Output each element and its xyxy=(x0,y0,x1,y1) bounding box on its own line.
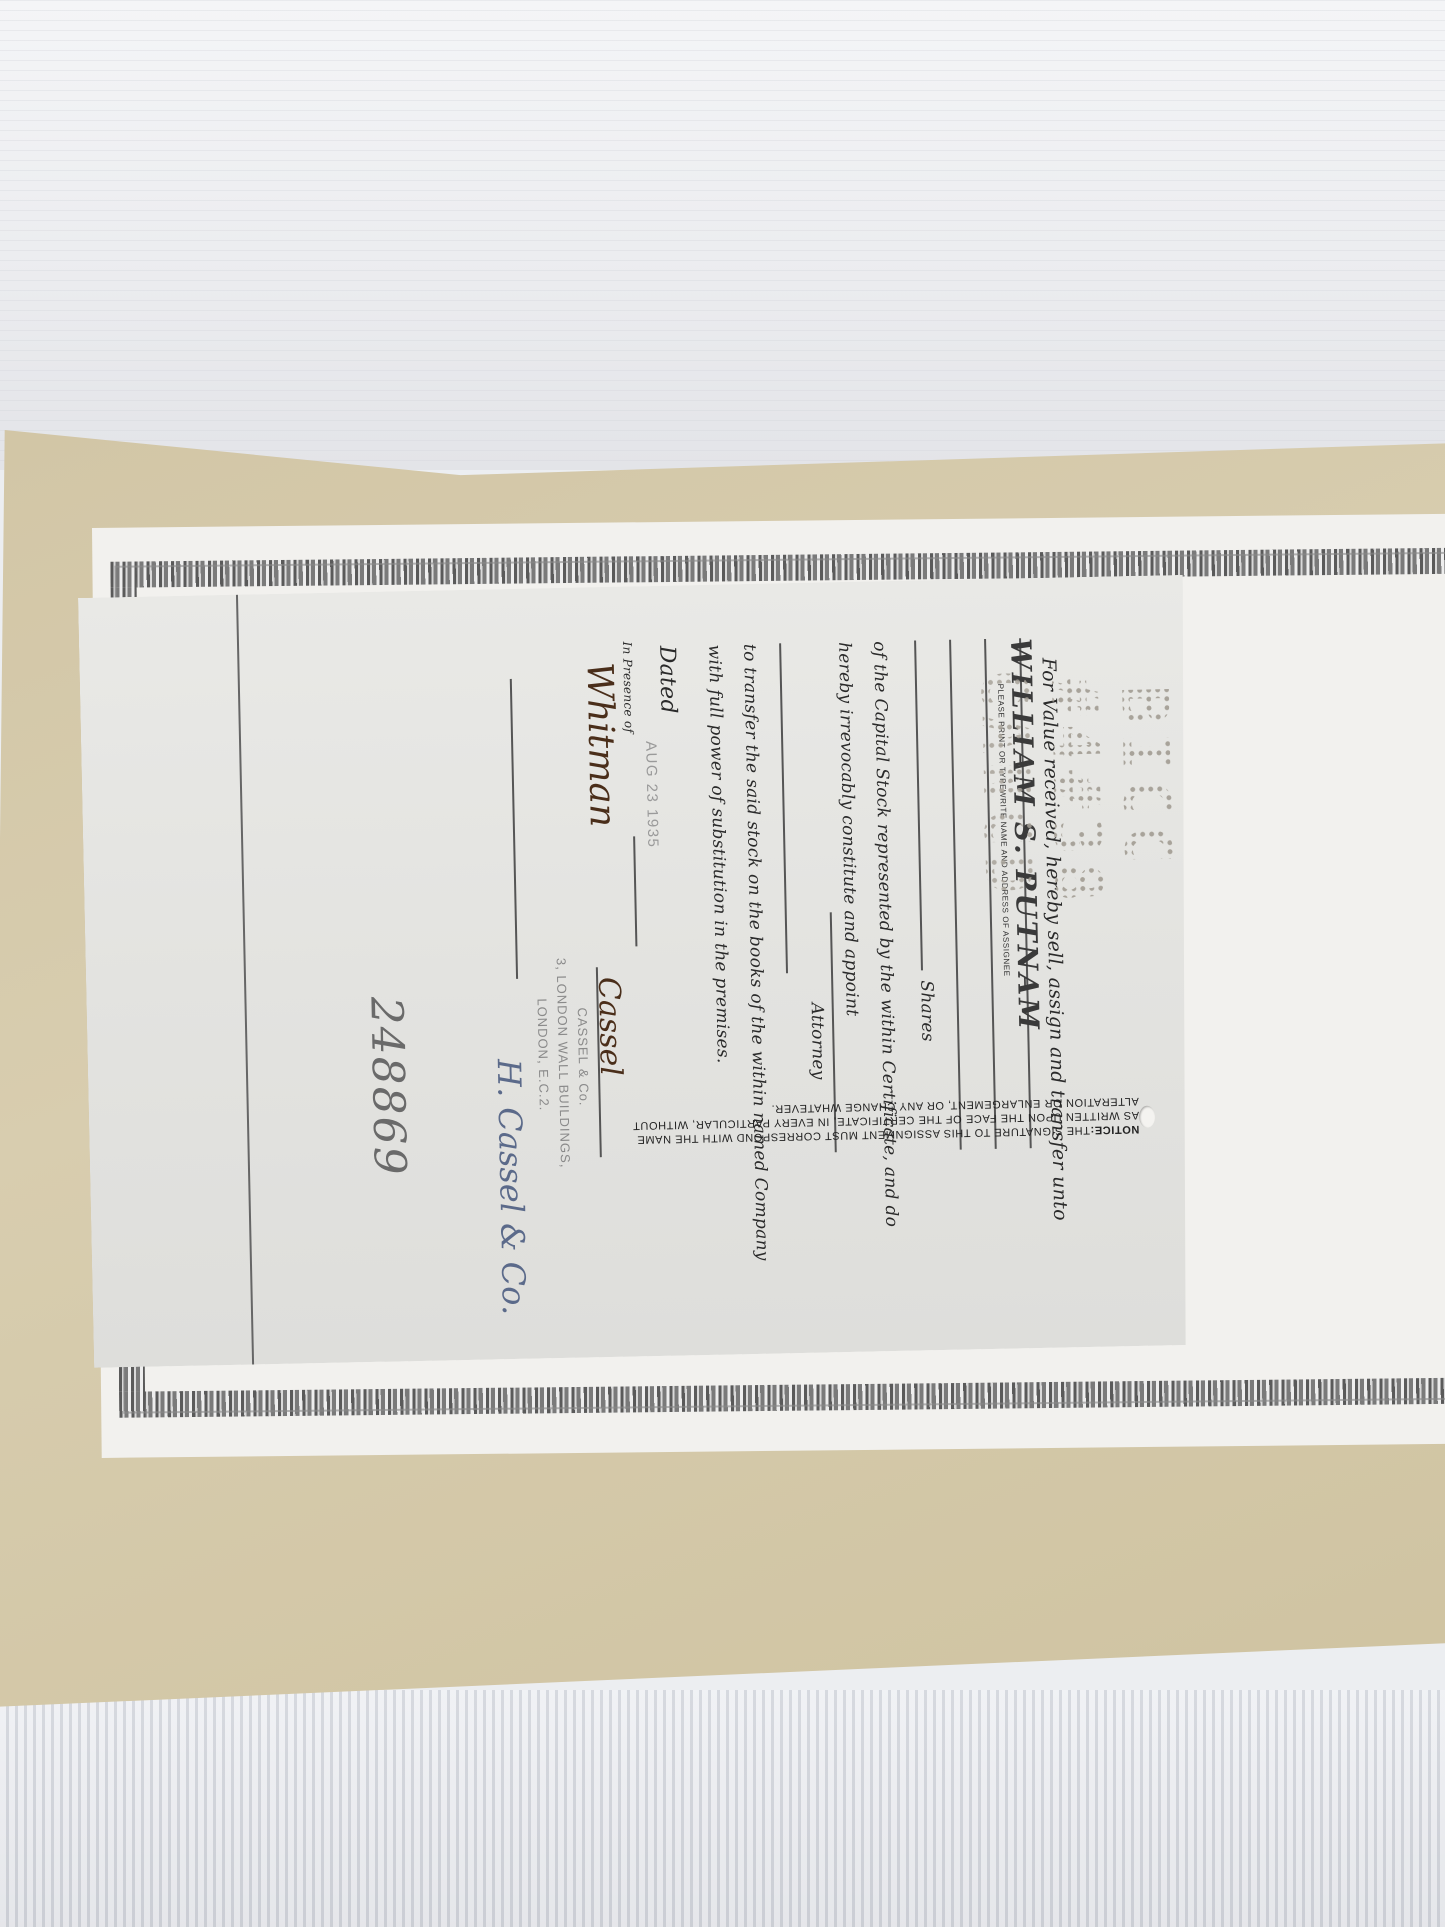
witness-line xyxy=(510,679,518,979)
assignment-line-6: to transfer the said stock on the books … xyxy=(739,644,772,1261)
assignment-line-4: hereby irrevocably constitute and appoin… xyxy=(834,642,862,1017)
address-line-2 xyxy=(949,640,961,1150)
notice-label: NOTICE: xyxy=(1090,1123,1140,1136)
stamp-line-2: 3, LONDON WALL BUILDINGS, xyxy=(551,958,575,1169)
left-rule xyxy=(236,595,254,1365)
pencil-number: 248869 xyxy=(360,996,415,1177)
assignment-line-7: with full power of substitution in the p… xyxy=(704,644,733,1063)
dated-label: Dated xyxy=(654,645,680,714)
attorney-line xyxy=(779,643,787,973)
corrugated-board-top xyxy=(0,0,1445,470)
punch-hole xyxy=(1139,1106,1155,1128)
shares-label: Shares xyxy=(916,980,937,1042)
corrugated-board-bottom xyxy=(0,1690,1445,1927)
transferor-signature: Cassel xyxy=(591,977,628,1077)
date-line xyxy=(633,836,637,946)
certificate-paper: For Value received, hereby sell, assign … xyxy=(78,575,1199,1368)
witness-signature: Whitman xyxy=(578,662,622,828)
date-stamp: AUG 23 1935 xyxy=(642,741,661,849)
shares-line xyxy=(914,640,922,970)
perforation-line-1: BICC xyxy=(1106,685,1184,873)
perforation-line-2: #4#38 xyxy=(1036,676,1115,910)
stamp-line-3: LONDON, E.C.2. xyxy=(531,998,553,1111)
witness-label: In Presence of xyxy=(620,641,636,733)
attorney-label: Attorney xyxy=(807,1002,829,1079)
blue-ink-signature: H. Cassel & Co. xyxy=(490,1059,533,1316)
perforation-line-3: CANCD xyxy=(966,668,1045,902)
stamp-line-1: CASSEL & Co. xyxy=(572,1007,594,1106)
